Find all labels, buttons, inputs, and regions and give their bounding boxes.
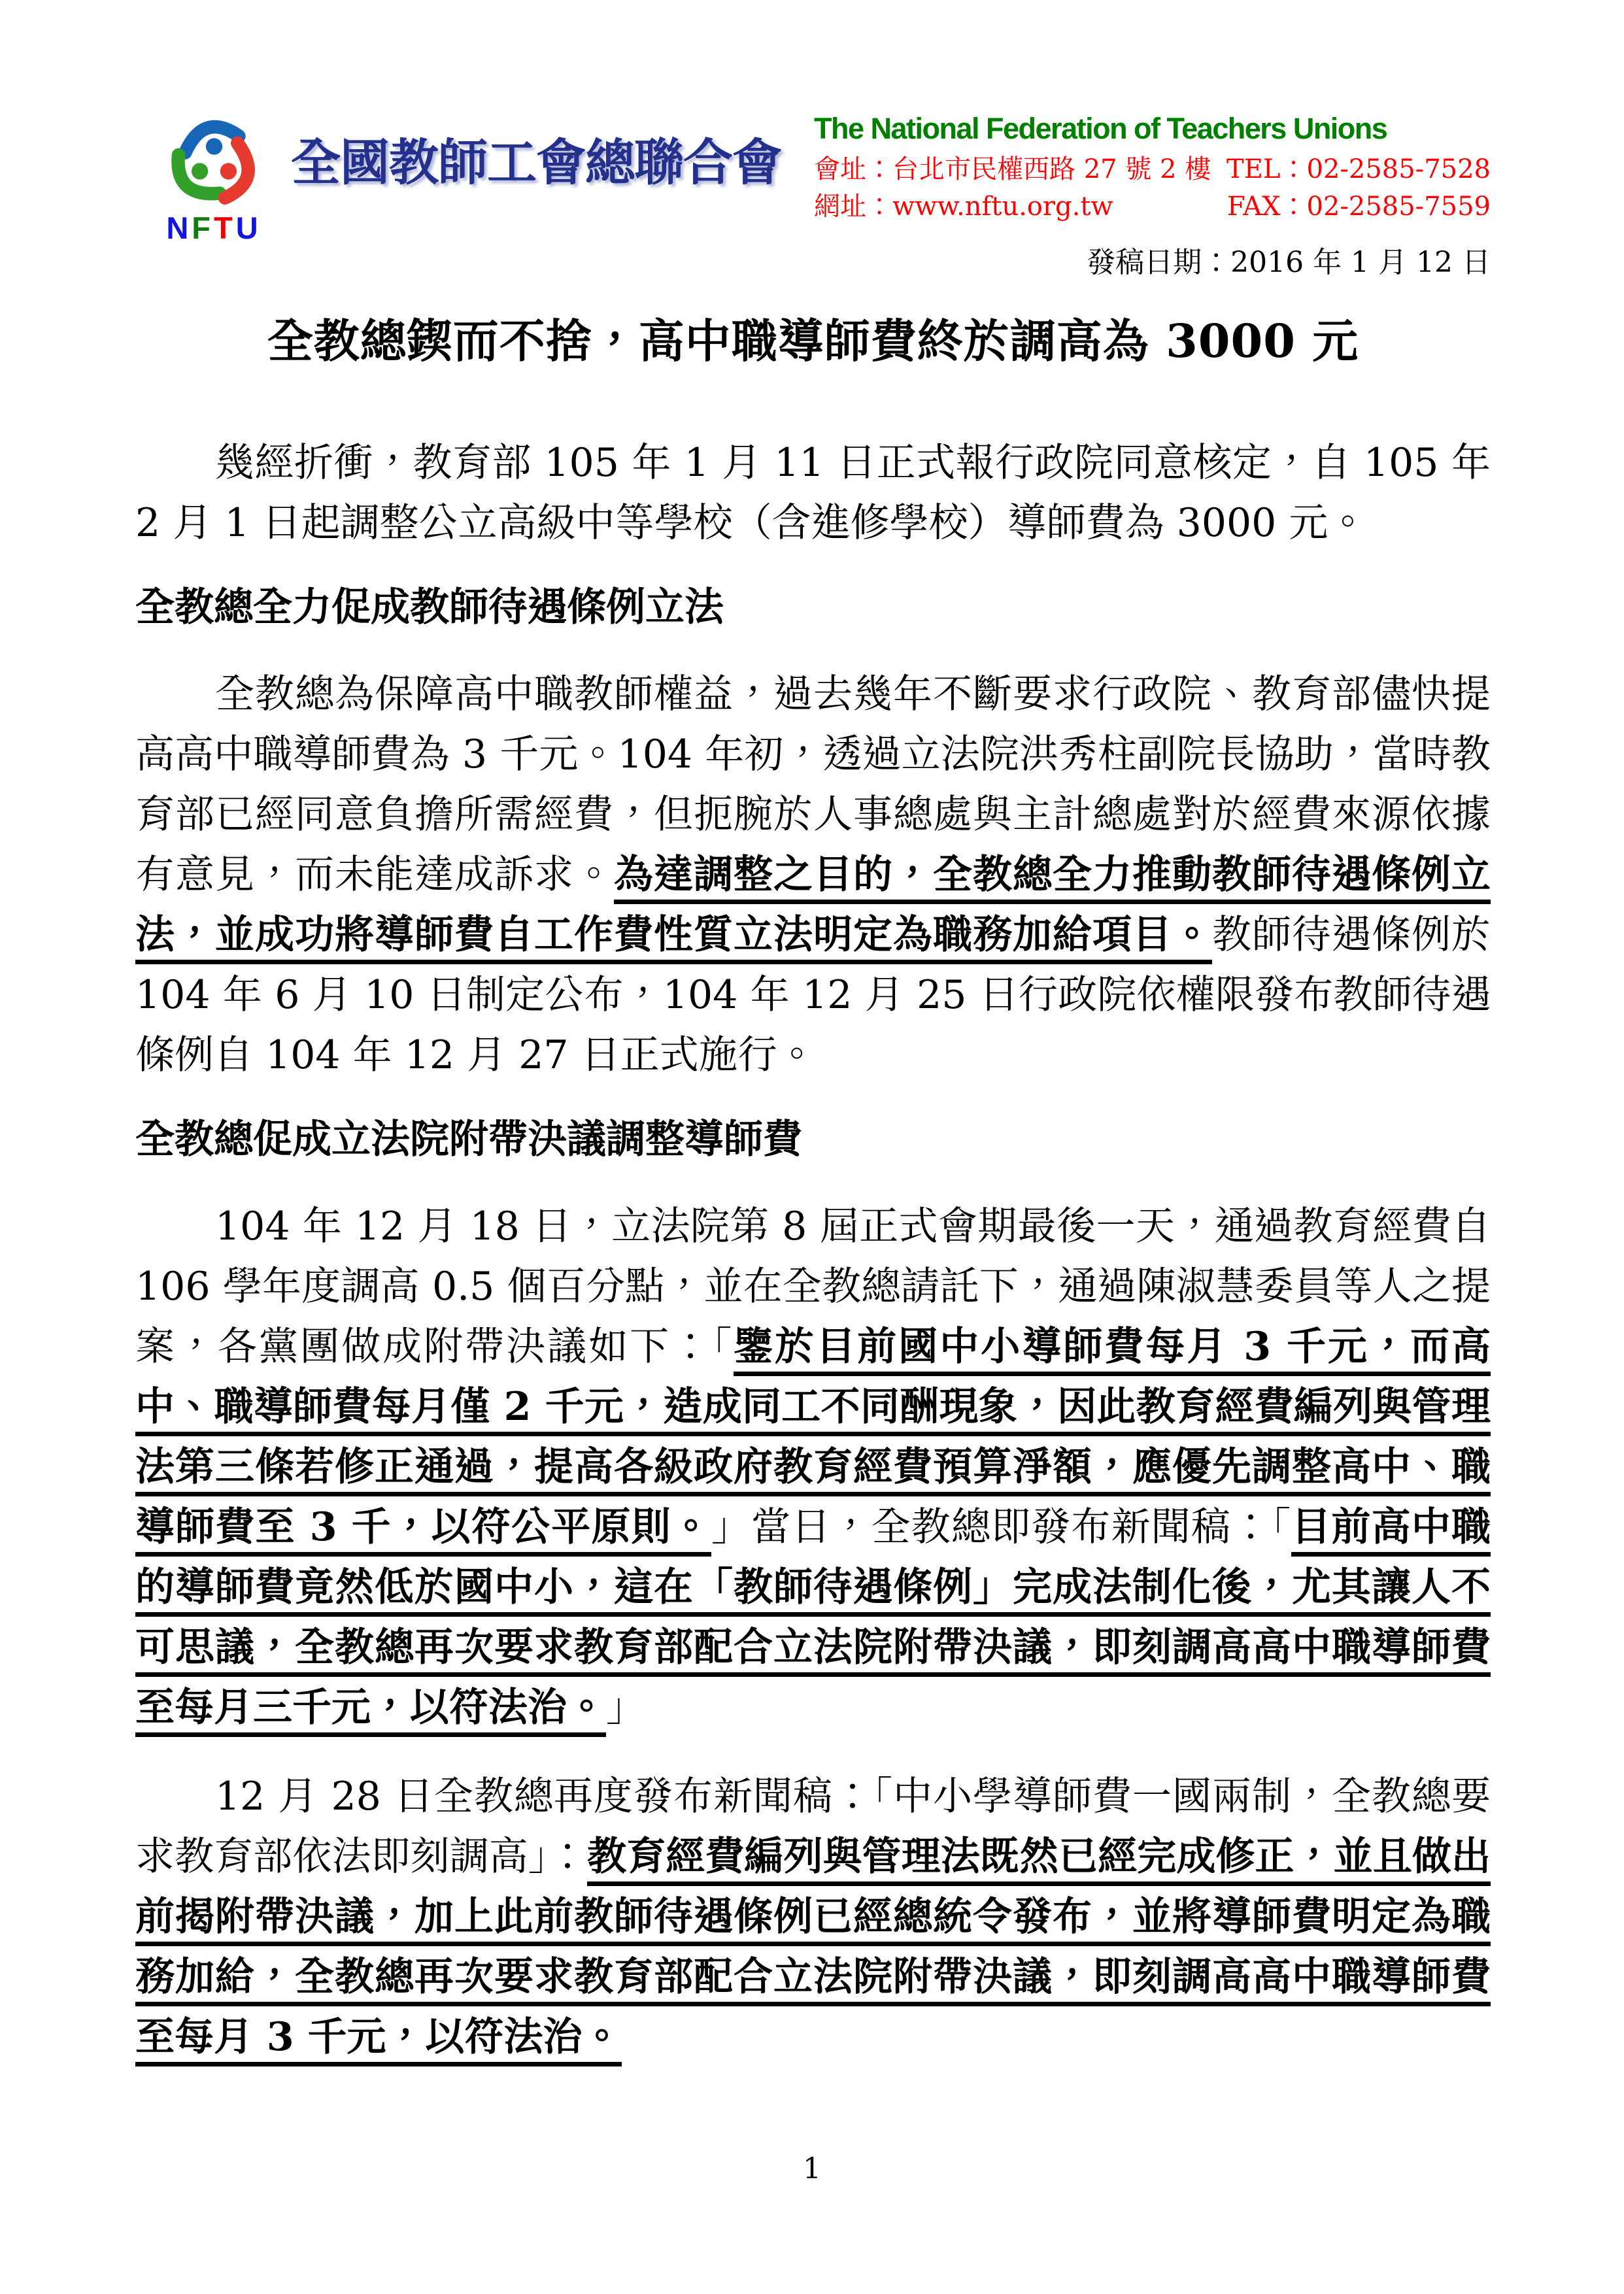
fax-label: FAX：02-2585-7559 (1227, 194, 1491, 220)
nftu-acronym: NFTU (142, 212, 286, 244)
nftu-letter: F (192, 211, 214, 245)
body-paragraph: 104 年 12 月 18 日，立法院第 8 屆正式會期最後一天，通過教育經費自… (135, 1196, 1491, 1738)
letterhead: NFTU 全國教師工會總聯合會 The National Federation … (135, 105, 1491, 281)
website-row: 網址：www.nftu.org.tw FAX：02-2585-7559 (814, 194, 1491, 220)
tel-label: TEL：02-2585-7528 (1226, 156, 1491, 182)
release-date: 發稿日期：2016 年 1 月 12 日 (1087, 239, 1491, 280)
body-text: 」 (606, 1685, 645, 1730)
organization-name-en: The National Federation of Teachers Unio… (814, 112, 1491, 145)
press-release-title: 全教總鍥而不捨，高中職導師費終於調高為 3000 元 (135, 312, 1491, 370)
page-number: 1 (0, 2152, 1624, 2185)
website-label: 網址：www.nftu.org.tw (814, 194, 1113, 220)
nftu-logo: NFTU (142, 105, 286, 244)
address-label: 會址：台北市民權西路 27 號 2 樓 (814, 156, 1211, 182)
body-paragraph: 12 月 28 日全教總再度發布新聞稿：「中小學導師費一國兩制，全教總要求教育部… (135, 1766, 1491, 2067)
body-paragraph: 幾經折衝，教育部 105 年 1 月 11 日正式報行政院同意核定，自 105 … (135, 433, 1491, 553)
organization-name-zh: 全國教師工會總聯合會 (291, 123, 781, 194)
document-page: NFTU 全國教師工會總聯合會 The National Federation … (0, 0, 1624, 2294)
body-text: 」當日，全教總即發布新聞稿：「 (711, 1504, 1291, 1550)
nftu-logo-icon (154, 107, 275, 211)
press-release-body: 幾經折衝，教育部 105 年 1 月 11 日正式報行政院同意核定，自 105 … (135, 433, 1491, 2067)
nftu-letter: U (236, 211, 262, 245)
section-heading: 全教總促成立法院附帶決議調整導師費 (135, 1117, 1491, 1162)
section-heading: 全教總全力促成教師待遇條例立法 (135, 584, 1491, 630)
address-row: 會址：台北市民權西路 27 號 2 樓 TEL：02-2585-7528 (814, 156, 1491, 182)
nftu-letter: N (166, 211, 192, 245)
letterhead-contact-block: The National Federation of Teachers Unio… (814, 112, 1491, 220)
body-paragraph: 全教總為保障高中職教師權益，過去幾年不斷要求行政院、教育部儘快提高高中職導師費為… (135, 664, 1491, 1085)
press-release: 全教總鍥而不捨，高中職導師費終於調高為 3000 元 幾經折衝，教育部 105 … (135, 312, 1491, 2096)
nftu-letter: T (214, 211, 236, 245)
body-text: 幾經折衝，教育部 105 年 1 月 11 日正式報行政院同意核定，自 105 … (135, 440, 1491, 546)
